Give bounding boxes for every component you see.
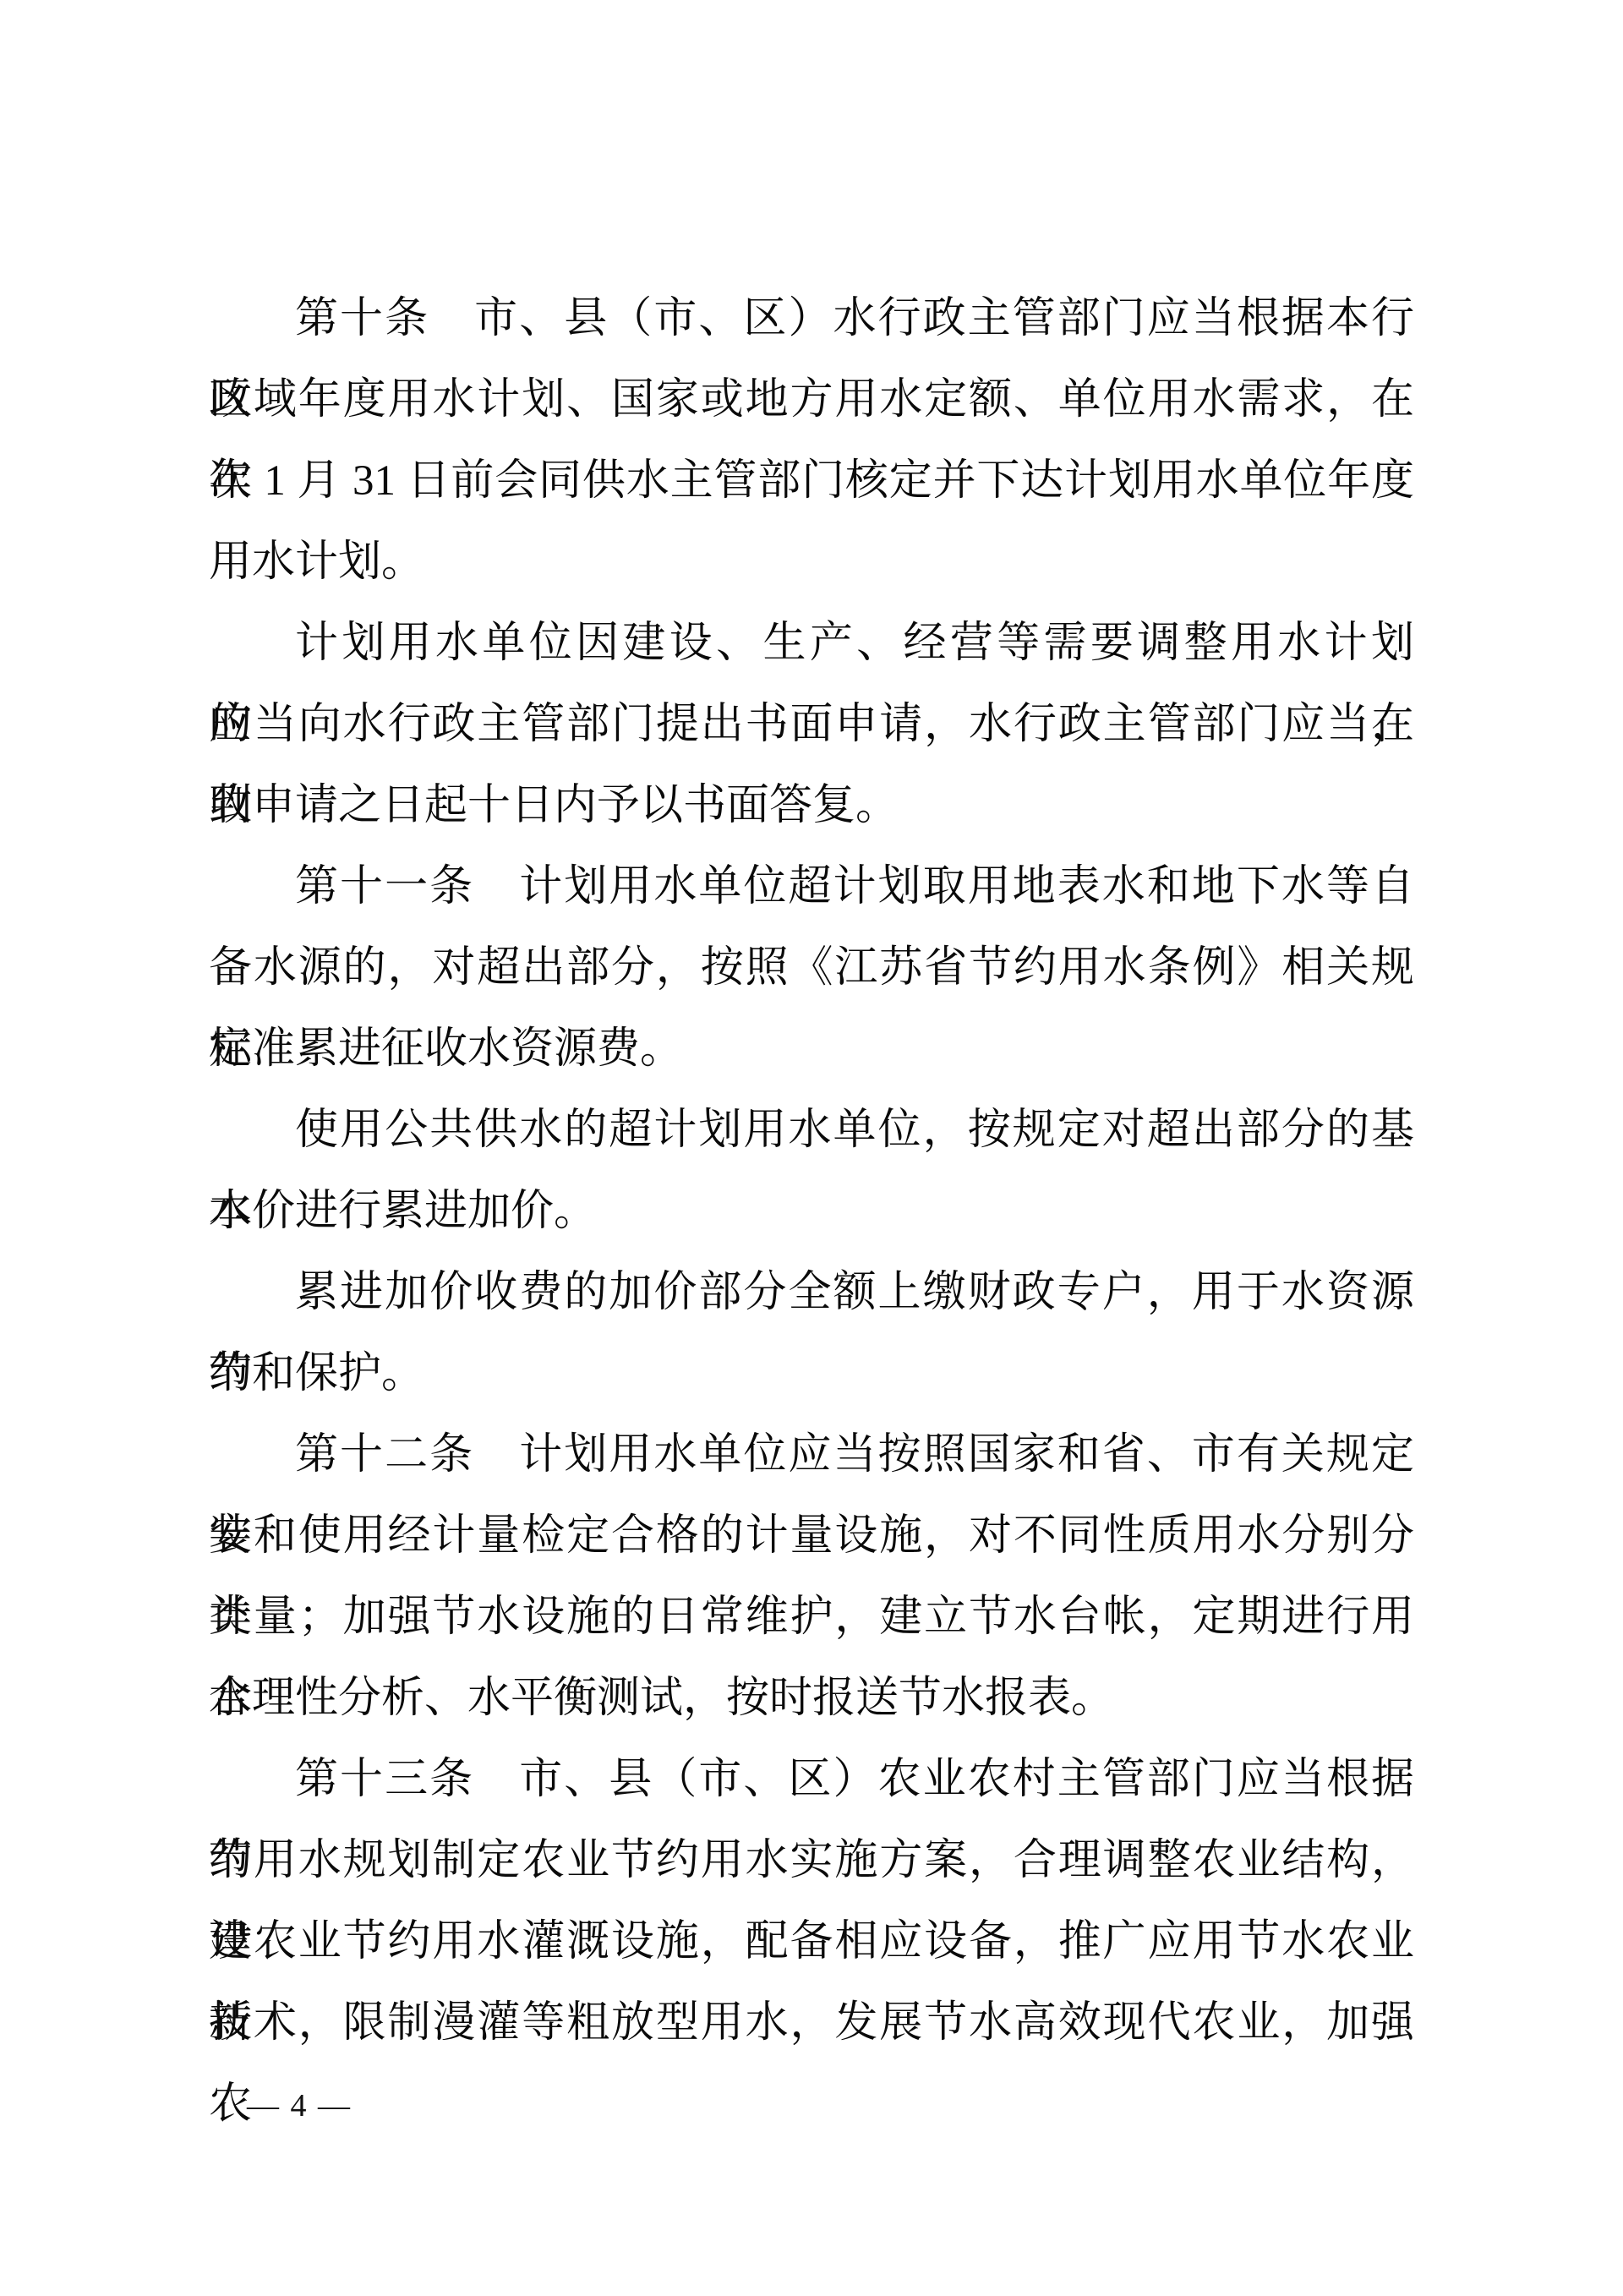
text-line: 合理性分析、水平衡测试，按时报送节水报表。 bbox=[209, 1658, 1414, 1739]
text-line: 技术，限制漫灌等粗放型用水，发展节水高效现代农业，加强农 bbox=[209, 1982, 1414, 2064]
text-line: 应当向水行政主管部门提出书面申请，水行政主管部门应当在收 bbox=[209, 684, 1414, 765]
text-line: 用水计划。 bbox=[209, 522, 1414, 603]
document-page: 第十条 市、县（市、区）水行政主管部门应当根据本行政 区域年度用水计划、国家或地… bbox=[0, 0, 1623, 2296]
text-line: 第十三条 市、县（市、区）农业农村主管部门应当根据节 bbox=[209, 1739, 1414, 1820]
text-line: 第十一条 计划用水单位超计划取用地表水和地下水等自 bbox=[209, 846, 1414, 927]
page-number: — 4 — bbox=[247, 2081, 352, 2130]
text-line: 约用水规划制定农业节约用水实施方案，合理调整农业结构，建 bbox=[209, 1820, 1414, 1901]
text-line: 第十二条 计划用水单位应当按照国家和省、市有关规定安 bbox=[209, 1414, 1414, 1495]
text-line: 装和使用经计量检定合格的计量设施，对不同性质用水分别分类 bbox=[209, 1495, 1414, 1577]
text-line: 约和保护。 bbox=[209, 1333, 1414, 1414]
text-line: 第十条 市、县（市、区）水行政主管部门应当根据本行政 bbox=[209, 278, 1414, 359]
text-line: 计量；加强节水设施的日常维护，建立节水台帐，定期进行用水 bbox=[209, 1577, 1414, 1658]
text-line: 区域年度用水计划、国家或地方用水定额、单位用水需求，在次 bbox=[209, 359, 1414, 440]
document-body: 第十条 市、县（市、区）水行政主管部门应当根据本行政 区域年度用水计划、国家或地… bbox=[209, 278, 1414, 2064]
text-line: 到申请之日起十日内予以书面答复。 bbox=[209, 765, 1414, 846]
text-line: 年 1 月 31 日前会同供水主管部门核定并下达计划用水单位年度 bbox=[209, 440, 1414, 522]
text-line: 备水源的，对超出部分，按照《江苏省节约用水条例》相关规定 bbox=[209, 927, 1414, 1009]
text-line: 水价进行累进加价。 bbox=[209, 1171, 1414, 1252]
text-line: 计划用水单位因建设、生产、经营等需要调整用水计划的， bbox=[209, 603, 1414, 684]
text-line: 累进加价收费的加价部分全额上缴财政专户，用于水资源节 bbox=[209, 1252, 1414, 1333]
text-line: 使用公共供水的超计划用水单位，按规定对超出部分的基本 bbox=[209, 1090, 1414, 1171]
text-line: 标准累进征收水资源费。 bbox=[209, 1009, 1414, 1090]
text-line: 设农业节约用水灌溉设施，配备相应设备，推广应用节水农业新 bbox=[209, 1901, 1414, 1982]
